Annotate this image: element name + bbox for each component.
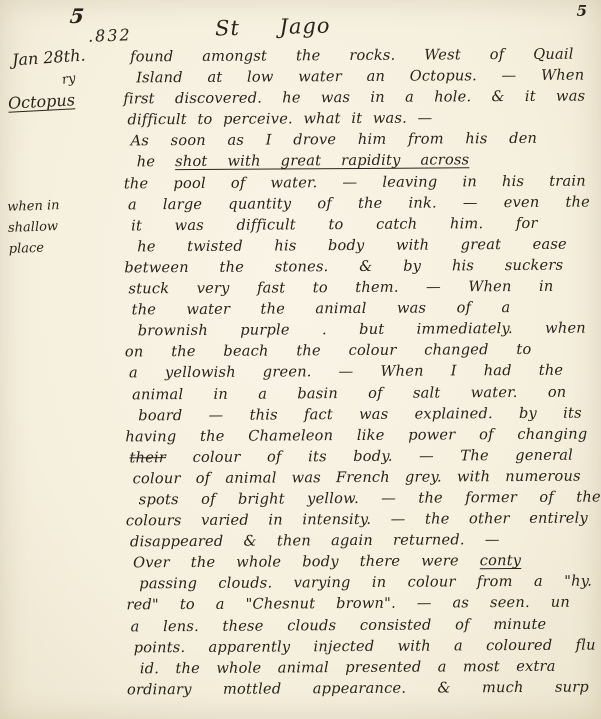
text-segment: stuck very fast to them. — When in — [128, 278, 553, 298]
text-segment: spots of bright yellow. — the former of … — [139, 488, 601, 508]
text-segment: points. apparently injected with a colou… — [134, 636, 596, 656]
text-segment: Island at low water an Octopus. — When — [136, 67, 584, 87]
text-segment: As soon as I drove him from his den — [131, 130, 538, 149]
manuscript-line: he twisted his body with great ease — [137, 235, 567, 259]
manuscript-line: the pool of water. — leaving in his trai… — [124, 171, 586, 195]
text-segment: the pool of water. — leaving in his trai… — [124, 172, 586, 192]
text-segment: passing clouds. varying in colour from a… — [139, 573, 592, 593]
year-note: .832 — [88, 25, 132, 46]
text-segment: red" to a "Chesnut brown". — as seen. un — [126, 594, 570, 614]
text-segment: board — this fact was explained. by its — [138, 404, 582, 424]
manuscript-line: colour of animal was French grey. with n… — [133, 466, 581, 490]
manuscript-line: their colour of its body. — The general — [129, 445, 573, 469]
text-segment: colour of its body. — The general — [166, 446, 573, 465]
text-segment: a yellowish green. — When I had the — [129, 362, 563, 382]
margin-note-line: place — [8, 237, 61, 260]
manuscript-line: Island at low water an Octopus. — When — [136, 66, 584, 90]
manuscript-line: board — this fact was explained. by its — [138, 403, 582, 427]
manuscript-line: red" to a "Chesnut brown". — as seen. un — [126, 593, 570, 617]
text-segment: found amongst the rocks. West of Quail — [130, 46, 574, 66]
manuscript-line: stuck very fast to them. — When in — [128, 277, 553, 301]
page-number-right: 5 — [577, 2, 587, 20]
manuscript-line: brownish purple . but immediately. when — [138, 319, 586, 343]
manuscript-line: a yellowish green. — When I had the — [129, 361, 563, 385]
manuscript-line: Over the whole body there were conty — [133, 551, 521, 574]
manuscript-line: it was difficult to catch him. for — [131, 214, 538, 238]
margin-specimen-mark: ry — [61, 71, 77, 88]
text-segment: disappeared & then again returned. — — [130, 531, 500, 550]
manuscript-line: between the stones. & by his suckers — [124, 256, 563, 280]
manuscript-line: disappeared & then again returned. — — [130, 530, 500, 553]
text-segment: between the stones. & by his suckers — [124, 257, 563, 277]
manuscript-line: id. the whole animal presented a most ex… — [140, 656, 556, 680]
manuscript-text-block: found amongst the rocks. West of QuailIs… — [120, 45, 586, 702]
margin-subject-octopus: Octopus — [8, 90, 76, 112]
struck-out-text: their — [129, 449, 166, 466]
manuscript-line: first discovered. he was in a hole. & it… — [123, 87, 585, 111]
text-segment: ordinary mottled appearance. & much surp — [127, 678, 589, 698]
manuscript-line: ordinary mottled appearance. & much surp — [127, 677, 589, 701]
page-number-left: 5 — [69, 4, 85, 28]
manuscript-line: spots of bright yellow. — the former of … — [139, 487, 601, 511]
text-segment: he — [137, 154, 176, 171]
text-segment: on the beach the colour changed to — [125, 341, 532, 360]
page-heading: St Jago — [215, 13, 331, 40]
manuscript-line: found amongst the rocks. West of Quail — [130, 45, 574, 69]
text-segment: a lens. these clouds consisted of minute — [130, 615, 546, 635]
text-segment: first discovered. he was in a hole. & it… — [123, 88, 585, 108]
manuscript-line: animal in a basin of salt water. on — [132, 382, 566, 406]
text-segment: id. the whole animal presented a most ex… — [140, 657, 556, 677]
text-segment: the water the animal was of a — [132, 299, 511, 318]
manuscript-line: difficult to perceive. what it was. — — [127, 109, 432, 132]
manuscript-line: having the Chameleon like power of chang… — [125, 424, 587, 448]
margin-date: Jan 28th. — [11, 45, 86, 69]
text-segment: brownish purple . but immediately. when — [138, 320, 586, 340]
text-segment: animal in a basin of salt water. on — [132, 383, 566, 403]
manuscript-line: colours varied in intensity. — the other… — [126, 509, 588, 533]
manuscript-line: points. apparently injected with a colou… — [134, 635, 596, 659]
text-segment: having the Chameleon like power of chang… — [125, 425, 587, 445]
margin-note-shallow-place: when in shallow place — [7, 195, 61, 260]
margin-note-line: when in — [7, 195, 60, 218]
text-segment: it was difficult to catch him. for — [131, 215, 538, 234]
manuscript-line: the water the animal was of a — [132, 298, 511, 321]
manuscript-line: passing clouds. varying in colour from a… — [139, 572, 592, 596]
margin-note-line: shallow — [8, 216, 61, 239]
manuscript-line: he shot with great rapidity across — [137, 151, 470, 174]
manuscript-line: a lens. these clouds consisted of minute — [130, 614, 546, 638]
manuscript-line: As soon as I drove him from his den — [131, 129, 538, 153]
manuscript-line: a large quantity of the ink. — even the — [128, 192, 590, 216]
underlined-text: conty — [480, 552, 522, 569]
text-segment: Over the whole body there were — [133, 552, 480, 571]
text-segment: difficult to perceive. what it was. — — [127, 110, 432, 129]
text-segment: a large quantity of the ink. — even the — [128, 193, 590, 213]
manuscript-page: 5 5 .832 St Jago Jan 28th. ry Octopus wh… — [0, 0, 601, 719]
text-segment: colour of animal was French grey. with n… — [133, 467, 581, 487]
text-segment: colours varied in intensity. — the other… — [126, 510, 588, 530]
text-segment: he twisted his body with great ease — [137, 236, 567, 256]
underlined-text: shot with great rapidity across — [175, 152, 469, 171]
manuscript-line: on the beach the colour changed to — [125, 340, 532, 364]
